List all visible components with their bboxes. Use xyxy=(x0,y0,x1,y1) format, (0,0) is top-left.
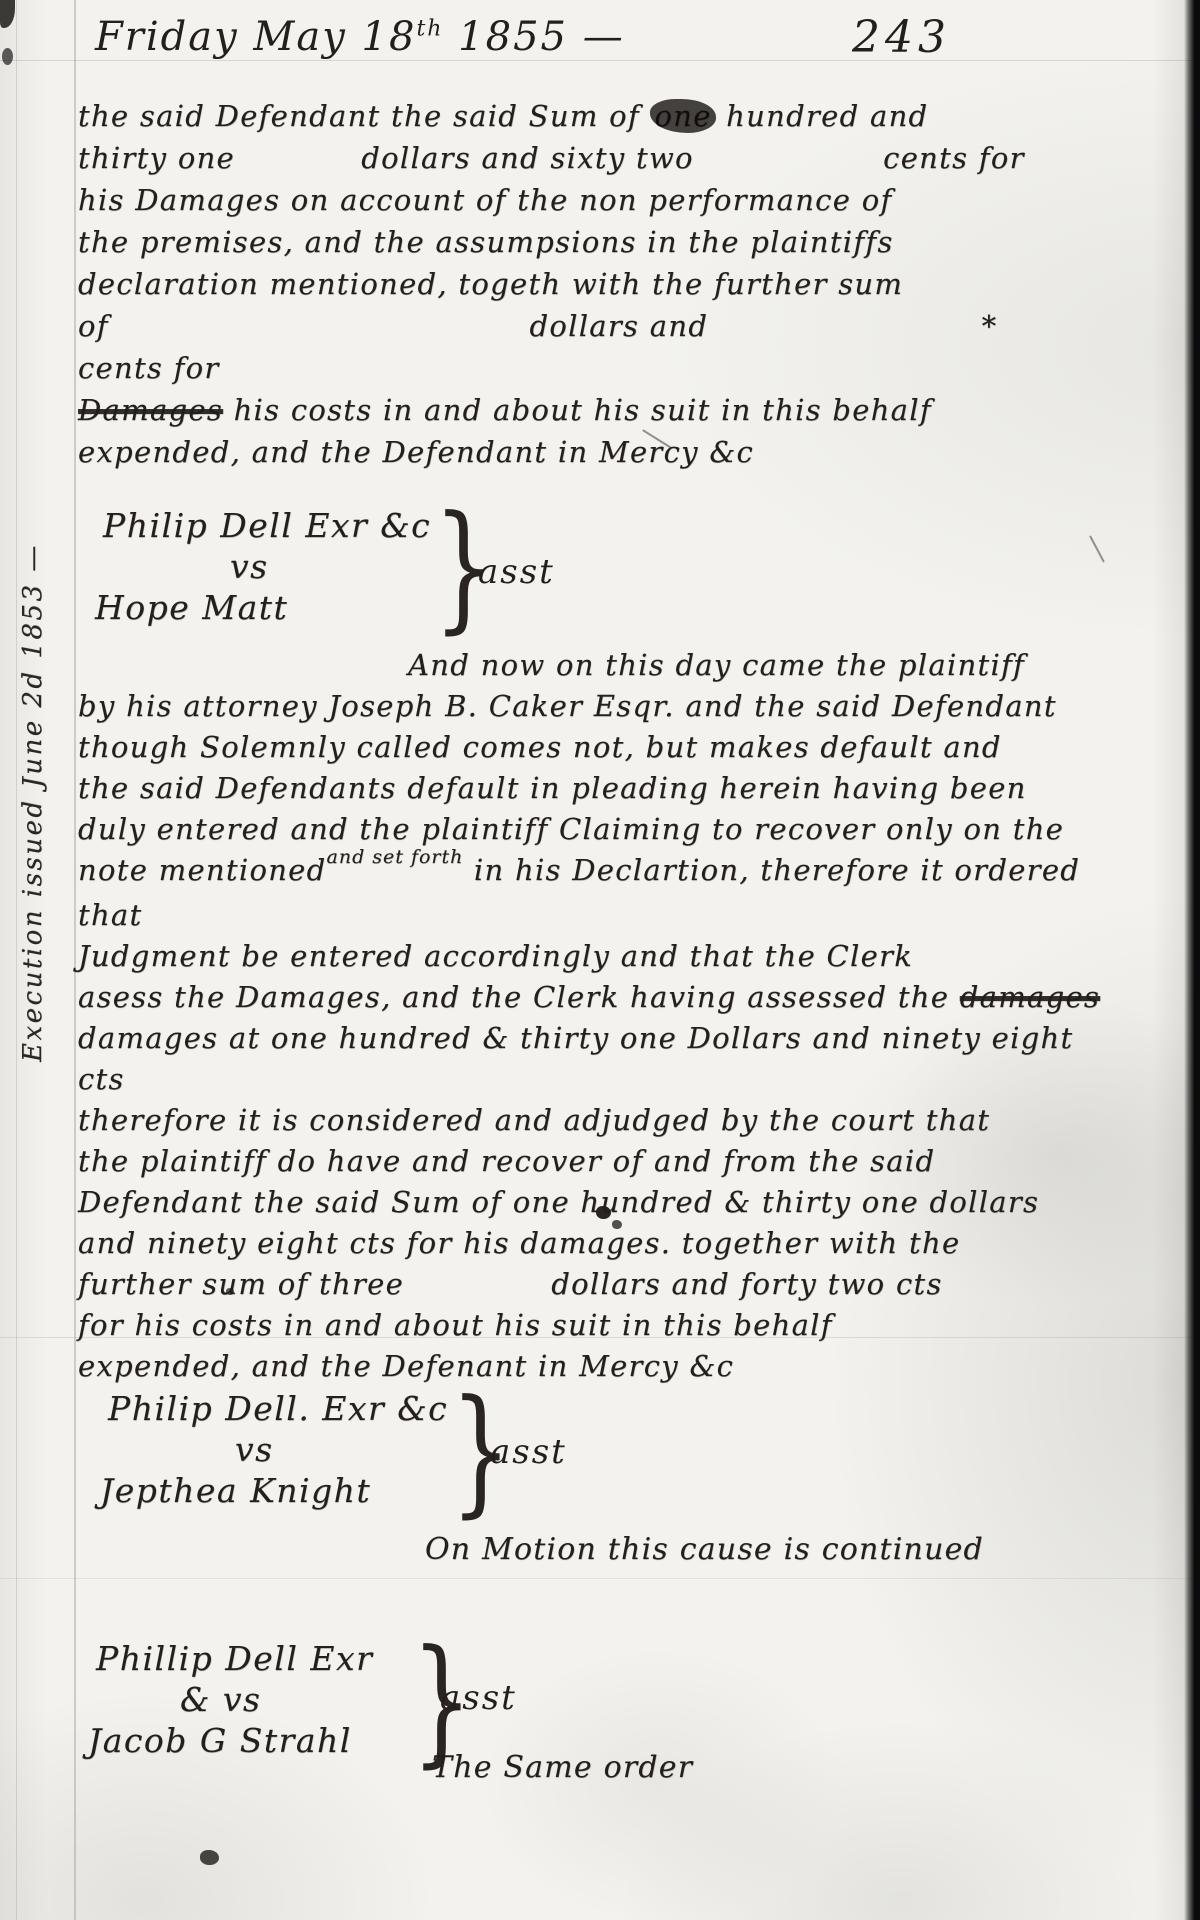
case3-order-line: The Same order xyxy=(432,1750,693,1785)
case3-plaintiff-name: Phillip Dell Exr xyxy=(96,1638,373,1679)
case1-plaintiff-name: Philip Dell Exr &c xyxy=(103,505,431,546)
margin-note: Execution issued June 2d 1853 — xyxy=(18,472,48,1062)
line-segment: asess the Damages, and the Clerk having … xyxy=(78,980,960,1014)
case3-caption: Phillip Dell Exr & vs Jacob G Strahl xyxy=(88,1638,373,1761)
case2-versus-label: vs xyxy=(235,1429,448,1470)
struck-word: damages xyxy=(960,980,1100,1014)
line-segment: hundred and xyxy=(716,99,929,133)
text-line: thirty one dollars and sixty two cents f… xyxy=(78,137,1124,179)
horizontal-crease xyxy=(0,60,1200,61)
scanned-page: Friday May 18th 1855 — 243 Execution iss… xyxy=(0,0,1200,1920)
text-line: Judgment be entered accordingly and that… xyxy=(78,936,1124,977)
text-line: asess the Damages, and the Clerk having … xyxy=(78,977,1124,1018)
text-line: the said Defendants default in pleading … xyxy=(78,768,1124,809)
text-line: expended, and the Defenant in Mercy &c xyxy=(78,1346,1124,1387)
continuation-paragraph: the said Defendant the said Sum of one h… xyxy=(78,95,1124,473)
text-line: the premises, and the assumpsions in the… xyxy=(78,221,1124,263)
page-number: 243 xyxy=(852,12,951,63)
text-line: though Solemnly called comes not, but ma… xyxy=(78,727,1124,768)
judgment-paragraph: And now on this day came the plaintiff b… xyxy=(78,645,1124,1387)
case3-defendant-name: Jacob G Strahl xyxy=(88,1720,373,1761)
text-line: and ninety eight cts for his damages. to… xyxy=(78,1223,1124,1264)
case2-order-line: On Motion this cause is continued xyxy=(425,1532,984,1567)
ink-blot xyxy=(200,1850,219,1865)
case2-action-label: asst xyxy=(490,1432,567,1472)
horizontal-crease xyxy=(0,1578,1200,1579)
case1-defendant-name: Hope Matt xyxy=(95,587,431,628)
case3-versus-label: & vs xyxy=(180,1679,373,1720)
text-line: the plaintiff do have and recover of and… xyxy=(78,1141,1124,1182)
text-line: by his attorney Joseph B. Caker Esqr. an… xyxy=(78,686,1124,727)
text-line: further sum of three dollars and forty t… xyxy=(78,1264,1124,1305)
line-segment: his costs in and about his suit in this … xyxy=(223,393,932,427)
case1-versus-label: vs xyxy=(230,546,431,587)
case1-caption: Philip Dell Exr &c vs Hope Matt xyxy=(95,505,431,628)
text-line: note mentionedand set forth in his Decla… xyxy=(78,850,1124,936)
corner-smudge xyxy=(2,48,13,65)
case1-action-label: asst xyxy=(478,552,555,592)
date-heading: Friday May 18th 1855 — xyxy=(95,14,625,60)
date-year: 1855 — xyxy=(443,14,624,60)
line-segment: note mentioned xyxy=(78,853,327,887)
text-line: therefore it is considered and adjudged … xyxy=(78,1100,1124,1141)
corner-smudge xyxy=(0,0,15,28)
case3-action-label: asst xyxy=(440,1678,517,1718)
text-line: for his costs in and about his suit in t… xyxy=(78,1305,1124,1346)
text-line: duly entered and the plaintiff Claiming … xyxy=(78,809,1124,850)
date-ordinal-suffix: th xyxy=(416,17,443,42)
text-line: the said Defendant the said Sum of one h… xyxy=(78,95,1124,137)
line-segment: the said Defendant the said Sum of xyxy=(78,99,650,133)
interlined-insertion: and set forth xyxy=(327,846,464,868)
text-line: of dollars and * cents for xyxy=(78,305,1124,389)
struck-word: Damages xyxy=(78,393,223,427)
text-line: And now on this day came the plaintiff xyxy=(78,645,1124,686)
text-line: damages at one hundred & thirty one Doll… xyxy=(78,1018,1124,1100)
text-line: Defendant the said Sum of one hundred & … xyxy=(78,1182,1124,1223)
page-crease-line xyxy=(16,0,17,1920)
text-line: Damages his costs in and about his suit … xyxy=(78,389,1124,431)
case2-defendant-name: Jepthea Knight xyxy=(100,1470,448,1511)
text-line: expended, and the Defendant in Mercy &c xyxy=(78,431,1124,473)
case2-plaintiff-name: Philip Dell. Exr &c xyxy=(108,1388,448,1429)
case2-caption: Philip Dell. Exr &c vs Jepthea Knight xyxy=(100,1388,448,1511)
margin-rule-line xyxy=(74,0,76,1920)
date-text: Friday May 18 xyxy=(95,14,416,60)
blotted-word: one xyxy=(650,99,715,133)
stray-pen-mark xyxy=(1089,535,1105,562)
text-line: declaration mentioned, togeth with the f… xyxy=(78,263,1124,305)
scan-right-edge xyxy=(1184,0,1200,1920)
text-line: his Damages on account of the non perfor… xyxy=(78,179,1124,221)
